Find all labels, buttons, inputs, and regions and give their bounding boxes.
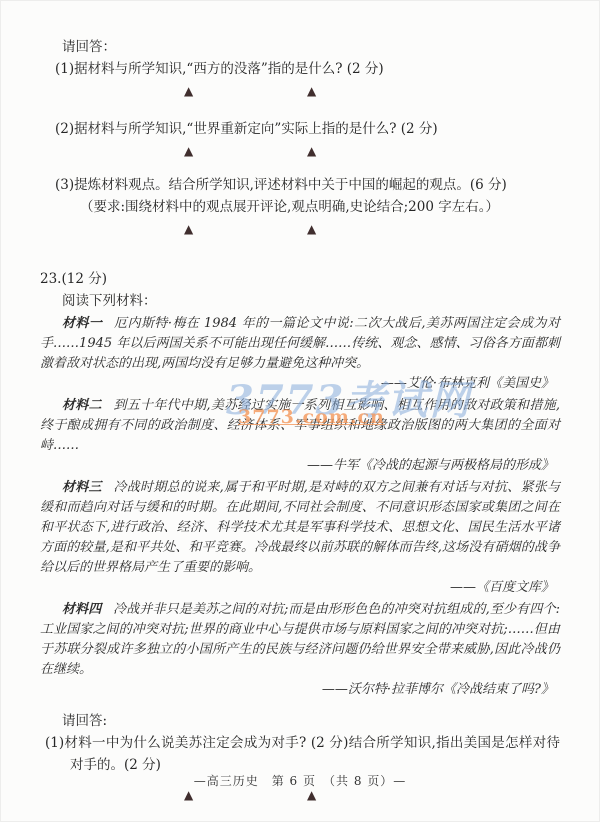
q22-answer-prompt: 请回答： — [40, 36, 560, 58]
answer-marker-row: ▲ ▲ — [40, 82, 560, 100]
material-4-paragraph: 材料四冷战并非只是美苏之间的对抗;而是由形形色色的冲突对抗组成的,至少有四个:工… — [40, 600, 560, 680]
material-4-source: ——沃尔特·拉菲博尔《冷战结束了吗?》 — [40, 680, 560, 700]
triangle-marker-icon: ▲ — [184, 82, 193, 100]
exam-paper-page: 请回答： (1)据材料与所学知识,“西方的没落”指的是什么? (2 分) ▲ ▲… — [0, 0, 600, 822]
q22-part2: (2)据材料与所学知识,“世界重新定向”实际上指的是什么? (2 分) — [40, 118, 560, 140]
material-3-source: ——《百度文库》 — [40, 578, 560, 598]
material-3-label: 材料三 — [62, 480, 102, 495]
page-content: 请回答： (1)据材料与所学知识,“西方的没落”指的是什么? (2 分) ▲ ▲… — [40, 36, 560, 804]
q23-number: 23.(12 分) — [40, 268, 560, 290]
material-2-label: 材料二 — [62, 398, 102, 413]
material-3-paragraph: 材料三冷战时期总的说来,属于和平时期,是对峙的双方之间兼有对话与对抗、紧张与缓和… — [40, 478, 560, 578]
material-2-text: 到五十年代中期,美苏经过实施一系列相互影响、相互作用的敌对政策和措施,终于酿成拥… — [40, 398, 560, 453]
triangle-marker-icon: ▲ — [184, 142, 193, 160]
material-4-label: 材料四 — [62, 602, 101, 617]
answer-marker-row: ▲ ▲ — [40, 220, 560, 238]
material-1-label: 材料一 — [62, 316, 102, 331]
page-footer: —高三历史 第 6 页 （共 8 页）— — [0, 772, 600, 789]
answer-marker-row: ▲ ▲ — [40, 142, 560, 160]
triangle-marker-icon: ▲ — [307, 220, 316, 238]
material-3-text: 冷战时期总的说来,属于和平时期,是对峙的双方之间兼有对话与对抗、紧张与缓和而趋向… — [40, 480, 560, 575]
q22-part3-requirement: （要求:围绕材料中的观点展开评论,观点明确,史论结合;200 字左右。） — [40, 196, 560, 218]
triangle-marker-icon: ▲ — [307, 82, 316, 100]
q23-part1: (1)材料一中为什么说美苏注定会成为对手? (2 分)结合所学知识,指出美国是怎… — [40, 732, 560, 776]
q23-answer-prompt: 请回答: — [40, 710, 560, 732]
q23-intro: 阅读下列材料： — [40, 290, 560, 312]
material-4-text: 冷战并非只是美苏之间的对抗;而是由形形色色的冲突对抗组成的,至少有四个:工业国家… — [40, 602, 560, 677]
triangle-marker-icon: ▲ — [184, 220, 193, 238]
material-1-source: ——艾伦·布林克利《美国史》 — [40, 374, 560, 394]
material-2-paragraph: 材料二到五十年代中期,美苏经过实施一系列相互影响、相互作用的敌对政策和措施,终于… — [40, 396, 560, 456]
q22-part1: (1)据材料与所学知识,“西方的没落”指的是什么? (2 分) — [40, 58, 560, 80]
material-2-source: ——牛军《冷战的起源与两极格局的形成》 — [40, 456, 560, 476]
material-1-text: 厄内斯特·梅在 1984 年的一篇论文中说:二次大战后,美苏两国注定会成为对手…… — [40, 316, 560, 371]
triangle-marker-icon: ▲ — [307, 142, 316, 160]
material-1-paragraph: 材料一厄内斯特·梅在 1984 年的一篇论文中说:二次大战后,美苏两国注定会成为… — [40, 314, 560, 374]
q22-part3: (3)提炼材料观点。结合所学知识,评述材料中关于中国的崛起的观点。(6 分) — [40, 174, 560, 196]
